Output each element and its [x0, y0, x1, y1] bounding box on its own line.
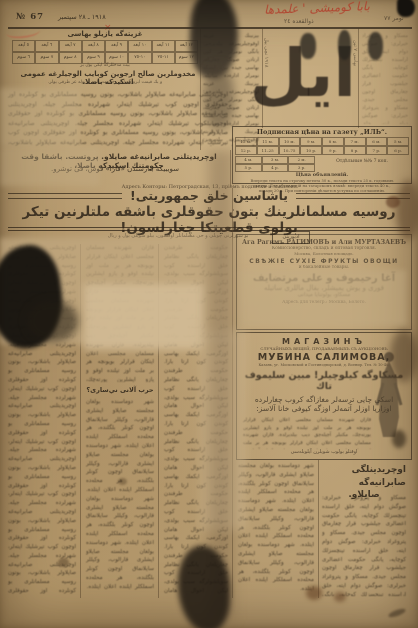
subscription-prices2: 5 р.4 р.3 р.: [235, 164, 315, 172]
mid-subheading: حرب آلانى ني‌سارى؟: [86, 386, 154, 394]
table-cell: 7 р.: [366, 146, 388, 155]
arabic-price-table: ١٢ آيغه١١ آيغه١٠ آيغه٩ آيغه٨ آيغه٧ آيغه٦…: [12, 40, 198, 64]
newspaper-page: № 67 ١٩١٨ ـ ٢٨ سپتمبر بابا كوميشى ' علمد…: [0, 0, 418, 628]
table-cell: ٦ سوم: [12, 52, 35, 64]
body-column-3: حكومت طرفندن چغاريلغان يانگى نظاملر خلق …: [164, 244, 228, 596]
body-column-2a: قازان شهرنده مسلمان مجلسى اعلان ايتكان ق…: [86, 244, 154, 382]
table-cell: 5 р.: [235, 164, 262, 172]
ad-salimov-magazin: МАГАЗИНЪ: [237, 337, 411, 346]
issue-note: نومر ٧٧: [384, 15, 404, 22]
subscription-price-box: Подписная цѣна на газету „ИЛЬ“. 12 м.11 …: [232, 126, 412, 184]
table-cell: ٩ آيغه: [105, 40, 128, 52]
arabic-price-table-title: غزيته‌گه يازيلو بهاسى: [30, 30, 180, 38]
ad-rahimov-city: Москва, Болотная площадь.: [237, 251, 411, 256]
column-rule: [200, 28, 201, 150]
table-row-months: ١٢ آيغه١١ آيغه١٠ آيغه٩ آيغه٨ آيغه٧ آيغه٦…: [12, 40, 198, 52]
table-cell: ١٠ آيغه: [128, 40, 151, 52]
body-column-5: مسكاو و پتروغراد خبرلرى: صوگش دوام ايته،…: [322, 494, 406, 596]
body-column-2b: شهر دوماسنده بولغان مجلسته صايلاو ايشلرى…: [86, 398, 154, 596]
column-rule: [318, 460, 319, 598]
table-cell: 10–75: [279, 146, 301, 155]
table-cell: 12 р.: [235, 146, 257, 155]
subscription-title: Подписная цѣна на газету „ИЛЬ“.: [233, 128, 411, 136]
table-cell: 6 м.: [366, 137, 388, 146]
protest-subline: سويبيكه بنارستدن «قارا» قوش، فى توشرو.: [30, 165, 200, 173]
subscription-prices: 12 р.11–2510–7510 р.9 р.8 р.7 р.6 р.: [235, 146, 409, 155]
table-cell: 9 р.: [322, 146, 344, 155]
decorative-rule-right: [296, 193, 410, 199]
ad-salimov-body: قازان شهرنده مسلمان مجلسى اعلان ايتكان ق…: [243, 417, 371, 449]
table-cell: 5 м.: [387, 137, 409, 146]
dervish-figure-illustration: [373, 349, 405, 441]
ad-rahimov-arabic-goods: قورى و يوش يميشلر، بقال ماللرى ساتيله: [237, 284, 411, 292]
table-cell: 11–25: [257, 146, 279, 155]
table-cell: ١٢ آيغه: [175, 40, 198, 52]
column-rule: [158, 244, 159, 598]
table-cell: 2 м.: [288, 156, 315, 164]
column-rule: [230, 150, 231, 186]
ad-rahimov-goods: СВѢЖІЕ СУХІЕ ФРУКТЫ ОВОЩИ: [237, 258, 411, 265]
table-cell: ٨ آيغه: [82, 40, 105, 52]
table-cell: ٦ آيغه: [35, 40, 58, 52]
table-cell: 4 м.: [235, 156, 262, 164]
header-right-column: مسكاو و پتروغراد خبرلرى: صوگش دوام ايته،…: [362, 32, 408, 124]
table-note: بيت مدخللرگه ايكى يول بر: [40, 63, 170, 68]
body-column-4: شهر دوماسنده بولغان مجلسته صايلاو ايشلرى…: [238, 462, 314, 596]
body-column-1: اوچريديتلنى صابرانيه‌غه صايلاولر باشلانو…: [8, 244, 76, 596]
masthead-date-vertical: ١٩١٨ نچى ييل: [263, 38, 269, 67]
table-cell: 3 р.: [288, 164, 315, 172]
column-rule: [358, 28, 359, 128]
masthead-title: ايل: [266, 26, 356, 126]
ad-rahimov-arabic-names: آغا رحيموف و على مرتضايف: [237, 273, 411, 284]
main-slogan: ياشاسين خلق جمهوريتى!: [130, 188, 288, 203]
hijri-date: ذوالقعده ٢٤: [284, 18, 314, 25]
date-line: ١٩١٨ ـ ٢٨ سپتمبر: [58, 13, 106, 21]
ad-rahimov-goods2: и бакалейные товары.: [237, 265, 411, 270]
column-rule: [80, 244, 81, 598]
table-cell: 10 р.: [300, 146, 322, 155]
ad-salimov-box: МАГАЗИНЪ СЛУЧАЙНЫХЪ ВЕЩЕЙ, ПРОДАВАЕМЫХЪ …: [236, 332, 412, 460]
table-cell: 8 р.: [344, 146, 366, 155]
table-cell: ٧ آيغه: [59, 40, 82, 52]
table-cell: ١١ آيغه: [152, 40, 175, 52]
double-rule-bottom: [8, 230, 410, 231]
table-cell: 12 м.: [235, 137, 257, 146]
corner-mark: [388, 607, 407, 619]
column-rule: [232, 188, 233, 598]
table-cell: 9 м.: [300, 137, 322, 146]
main-slogan-row: ياشاسين خلق جمهوريتى!: [8, 188, 410, 203]
ad-rahimov-names: Ага Рагимъ РАГИМОВЪ и Али МУРТАЗАЕВЪ: [237, 239, 411, 246]
decorative-rule-left: [8, 193, 122, 199]
table-cell: 7 м.: [344, 137, 366, 146]
handwritten-annotation: بابا كوميشى ' علمدها: [248, 0, 386, 17]
table-cell: 8 м.: [322, 137, 344, 146]
subscription-months2: 4 м.3 м.2 м.: [235, 156, 315, 164]
issue-number: № 67: [16, 12, 44, 22]
banner-headline: روسيه مسلمانلرينك بتون حقوقلرى باشقه ملت…: [8, 204, 410, 236]
header-paragraph: اوچريديتلنى صابرانيه‌غه صايلاولر باشلانو…: [8, 90, 228, 148]
table-cell: 6 р.: [387, 146, 409, 155]
subscription-months: 12 м.11 м.10 м.9 м.8 м.7 м.6 м.5 м.: [235, 137, 409, 146]
double-rule-top: [8, 227, 410, 228]
notice-tiny-line: و بك قيمت ابروزگه اولر، خبر مديرلرى پريو…: [20, 80, 190, 85]
table-cell: ٥ آيغه: [12, 40, 35, 52]
table-cell: 10 м.: [279, 137, 301, 146]
table-cell: 3 м.: [262, 156, 289, 164]
single-copy-price: Отдѣльные №№ 7 коп.: [315, 156, 409, 172]
table-cell: 11 м.: [257, 137, 279, 146]
ad-rahimov-arabic-city: مسكاو، بولوتنايا ميدانى: [237, 292, 411, 298]
ad-rahimov-box: Ага Рагимъ РАГИМОВЪ и Али МУРТАЗАЕВЪ Ком…: [236, 234, 412, 330]
bottom-right-heading-line1: اوچريدينلگى صابرانيه‌گه: [322, 464, 406, 489]
table-cell: 4 р.: [262, 164, 289, 172]
table-cell: ١٢ سوم: [175, 52, 198, 64]
ad-salimov-footer: اوقتلو بولوب شويلرن آيلوبله‌سى: [257, 449, 391, 455]
ad-rahimov-telegraph: Адресъ для телегр.: Москва, Болото.: [237, 300, 411, 305]
